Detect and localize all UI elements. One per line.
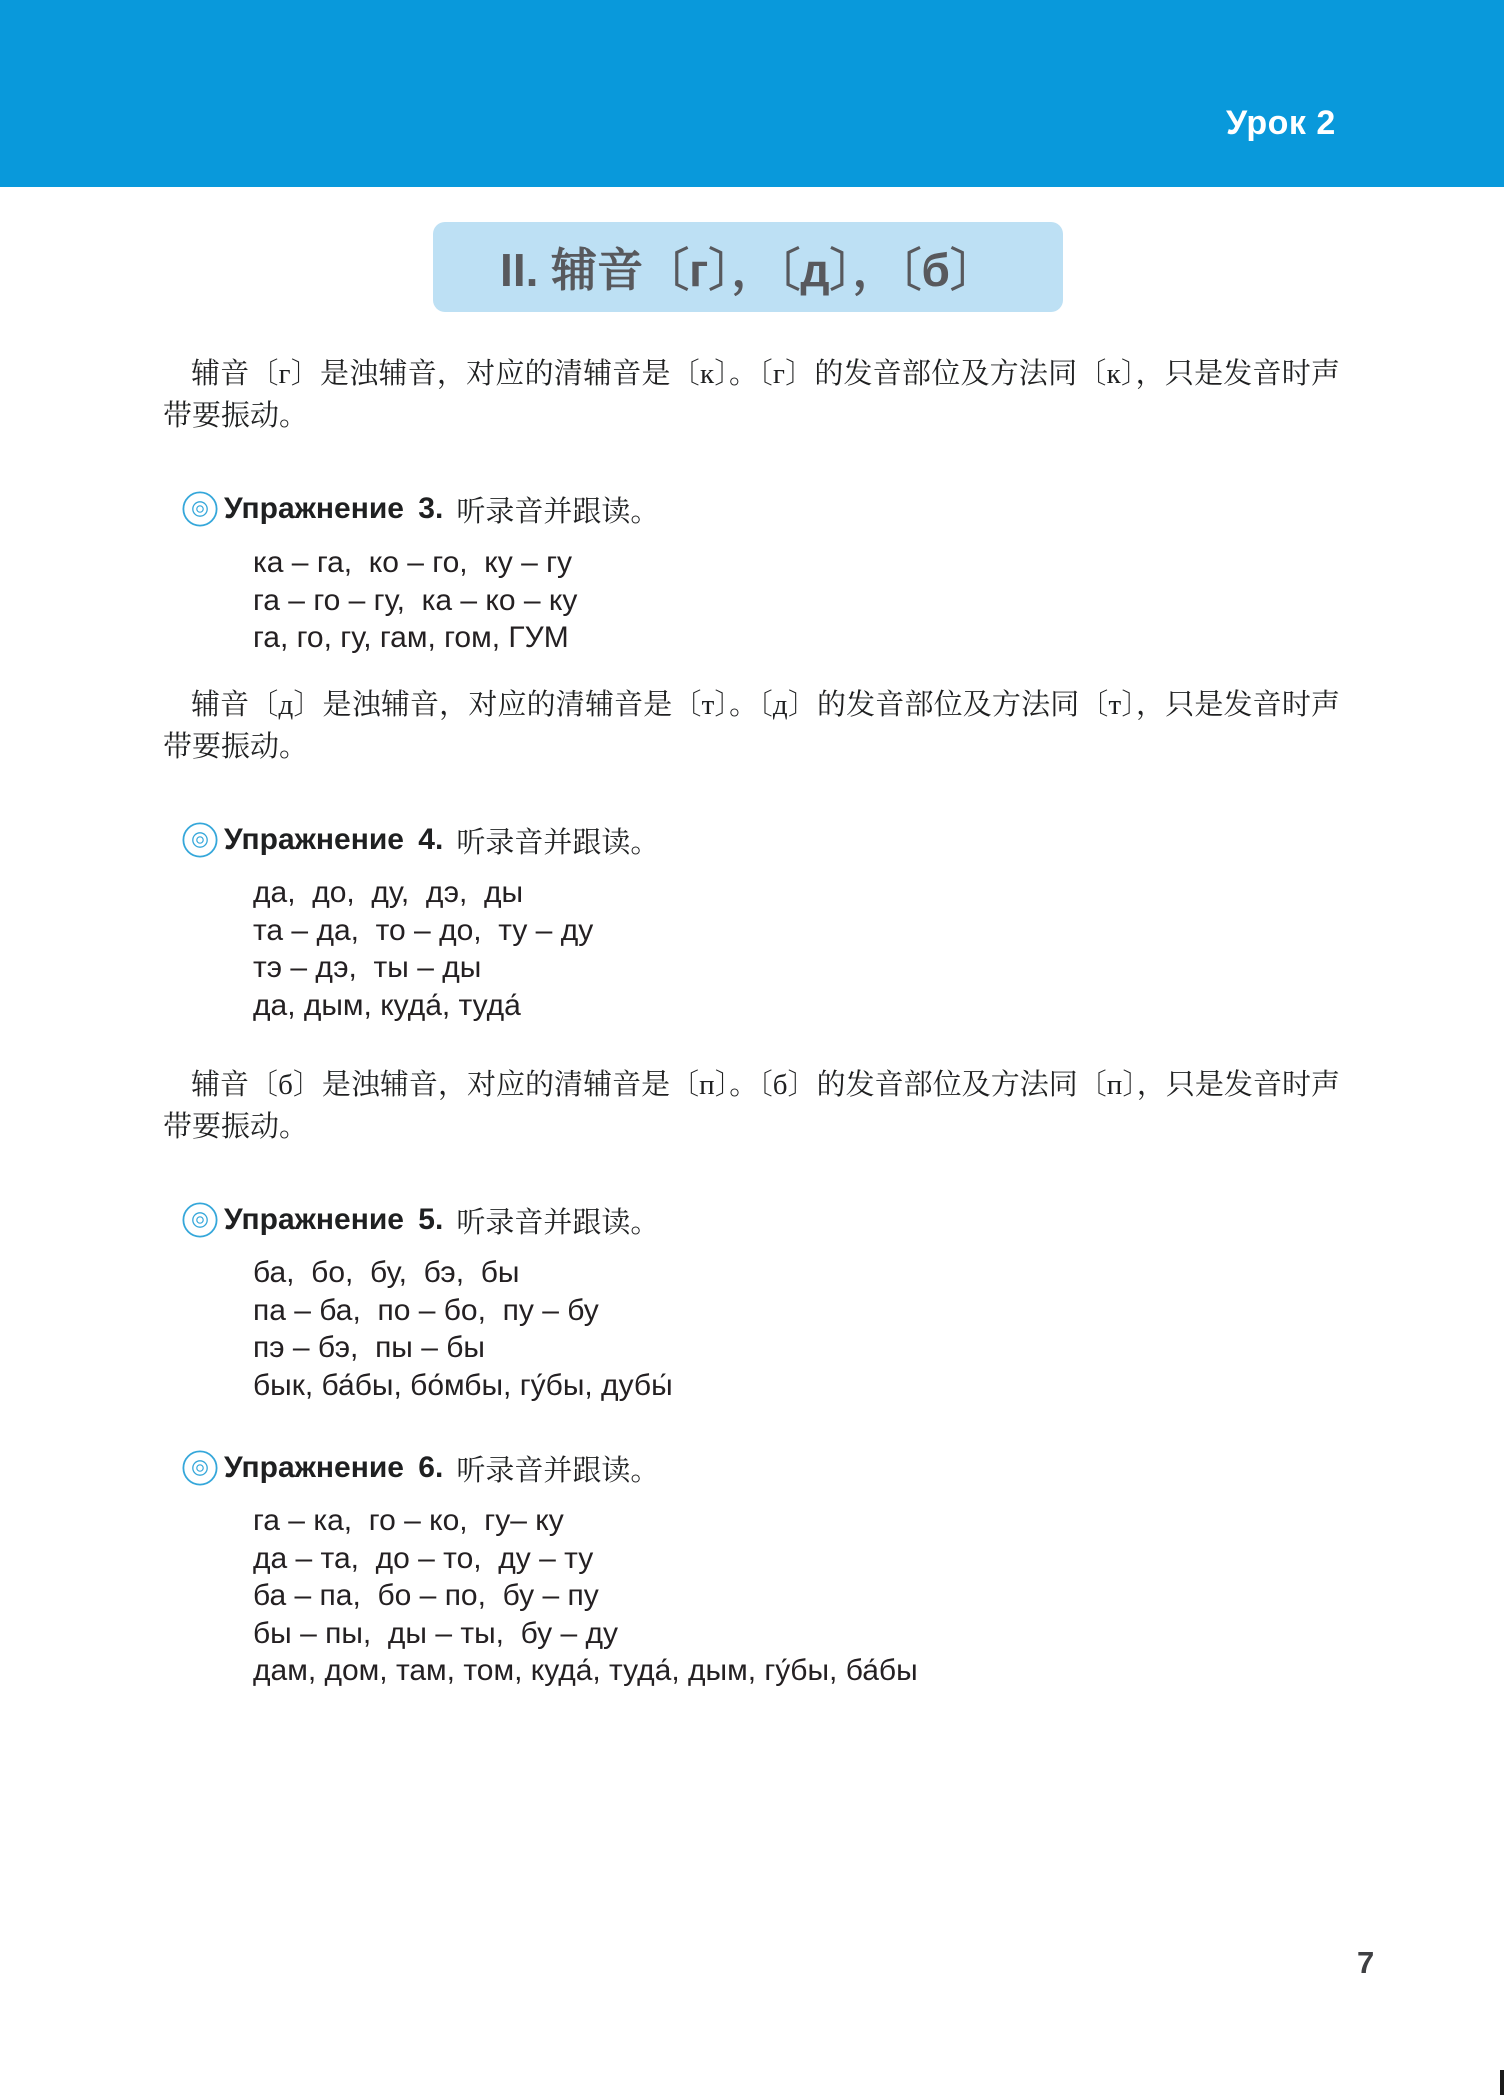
drill-line: да, до, ду, дэ, ды xyxy=(253,874,593,912)
drill-line: па – ба, по – бо, пу – бу xyxy=(253,1292,673,1330)
drill-line: дам, дом, там, том, куда́, туда́, дым, г… xyxy=(253,1652,918,1690)
drill-line: ка – га, ко – го, ку – гу xyxy=(253,544,577,582)
drill-line: бык, ба́бы, бо́мбы, гу́бы, дубы́ xyxy=(253,1367,673,1405)
audio-disc-icon xyxy=(182,1450,218,1486)
exercise-instruction: 听录音并跟读。 xyxy=(456,1448,659,1489)
paragraph-consonant-b: 辅音〔б〕是浊辅音，对应的清辅音是〔п〕。〔б〕的发音部位及方法同〔п〕，只是发… xyxy=(163,1064,1340,1148)
audio-disc-icon xyxy=(182,1202,218,1238)
drill-line: пэ – бэ, пы – бы xyxy=(253,1329,673,1367)
exercise-6-drills: га – ка, го – ко, гу– ку да – та, до – т… xyxy=(253,1502,918,1690)
drill-line: тэ – дэ, ты – ды xyxy=(253,949,593,987)
exercise-instruction: 听录音并跟读。 xyxy=(456,489,659,530)
drill-line: та – да, то – до, ту – ду xyxy=(253,912,593,950)
drill-line: да – та, до – то, ду – ту xyxy=(253,1540,918,1578)
section-title: II. 辅音〔г〕，〔д〕，〔б〕 xyxy=(500,234,996,300)
drill-line: га – ка, го – ко, гу– ку xyxy=(253,1502,918,1540)
section-title-box: II. 辅音〔г〕，〔д〕，〔б〕 xyxy=(433,222,1063,312)
exercise-label: Упражнение 4. xyxy=(224,823,443,857)
scan-artifact xyxy=(1500,2070,1504,2095)
drill-line: ба – па, бо – по, бу – пу xyxy=(253,1577,918,1615)
exercise-5-drills: ба, бо, бу, бэ, бы па – ба, по – бо, пу … xyxy=(253,1254,673,1404)
exercise-label: Упражнение 5. xyxy=(224,1203,443,1237)
paragraph-consonant-g: 辅音〔г〕是浊辅音，对应的清辅音是〔к〕。〔г〕的发音部位及方法同〔к〕，只是发… xyxy=(163,353,1340,437)
exercise-3-heading: Упражнение 3. 听录音并跟读。 xyxy=(182,489,659,529)
exercise-4-heading: Упражнение 4. 听录音并跟读。 xyxy=(182,820,659,860)
audio-disc-icon xyxy=(182,822,218,858)
paragraph-consonant-d: 辅音〔д〕是浊辅音，对应的清辅音是〔т〕。〔д〕的发音部位及方法同〔т〕，只是发… xyxy=(163,684,1340,768)
drill-line: га – го – гу, ка – ко – ку xyxy=(253,582,577,620)
drill-line: ба, бо, бу, бэ, бы xyxy=(253,1254,673,1292)
drill-line: га, го, гу, гам, гом, ГУМ xyxy=(253,619,577,657)
page-number: 7 xyxy=(1357,1945,1374,1981)
exercise-5-heading: Упражнение 5. 听录音并跟读。 xyxy=(182,1200,659,1240)
drill-line: да, дым, куда́, туда́ xyxy=(253,987,593,1025)
lesson-label: Урок 2 xyxy=(1226,104,1336,143)
exercise-instruction: 听录音并跟读。 xyxy=(456,820,659,861)
exercise-3-drills: ка – га, ко – го, ку – гу га – го – гу, … xyxy=(253,544,577,657)
header-bar: Урок 2 xyxy=(0,0,1504,187)
drill-line: бы – пы, ды – ты, бу – ду xyxy=(253,1615,918,1653)
exercise-instruction: 听录音并跟读。 xyxy=(456,1200,659,1241)
exercise-label: Упражнение 3. xyxy=(224,492,443,526)
exercise-6-heading: Упражнение 6. 听录音并跟读。 xyxy=(182,1448,659,1488)
textbook-page: Урок 2 II. 辅音〔г〕，〔д〕，〔б〕 辅音〔г〕是浊辅音，对应的清辅… xyxy=(0,0,1504,2095)
exercise-label: Упражнение 6. xyxy=(224,1451,443,1485)
exercise-4-drills: да, до, ду, дэ, ды та – да, то – до, ту … xyxy=(253,874,593,1024)
audio-disc-icon xyxy=(182,491,218,527)
